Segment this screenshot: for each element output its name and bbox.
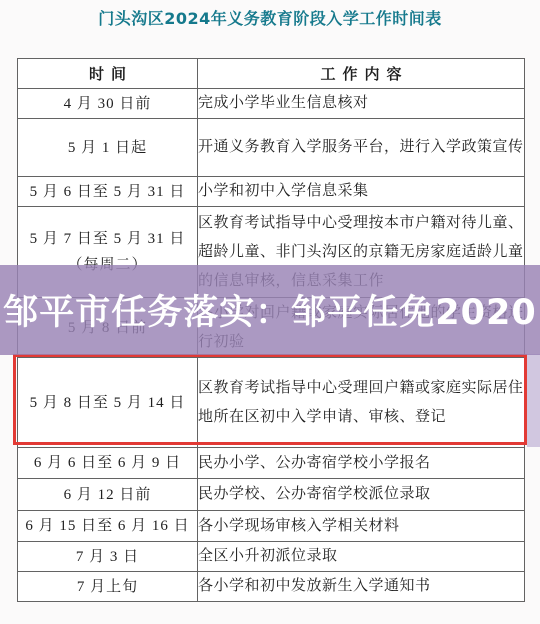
spam-overlay-banner: 邹平市任务落实：邹平任免2020: [0, 265, 540, 355]
content-cell: 各小学和初中发放新生入学通知书: [198, 572, 525, 602]
content-cell: 各小学现场审核入学相关材料: [198, 511, 525, 542]
time-cell: 5 月 6 日至 5 月 31 日: [18, 177, 198, 207]
content-cell: 开通义务教育入学服务平台，进行入学政策宣传: [198, 119, 525, 177]
table-row: 5 月 1 日起 开通义务教育入学服务平台，进行入学政策宣传: [18, 119, 525, 177]
time-cell: 7 月 3 日: [18, 542, 198, 572]
content-cell: 区教育考试指导中心受理回户籍或家庭实际居住地所在区初中入学申请、审核、登记: [198, 358, 525, 448]
time-cell: 5 月 8 日至 5 月 14 日: [18, 358, 198, 448]
time-cell: 6 月 12 日前: [18, 479, 198, 511]
content-cell: 全区小升初派位录取: [198, 542, 525, 572]
table-row-highlighted: 5 月 8 日至 5 月 14 日 区教育考试指导中心受理回户籍或家庭实际居住地…: [18, 358, 525, 448]
content-cell: 小学和初中入学信息采集: [198, 177, 525, 207]
content-cell: 民办学校、公办寄宿学校派位录取: [198, 479, 525, 511]
column-header-content: 工作内容: [198, 59, 525, 89]
time-cell: 5 月 1 日起: [18, 119, 198, 177]
time-cell: 7 月上旬: [18, 572, 198, 602]
table-row: 7 月上旬 各小学和初中发放新生入学通知书: [18, 572, 525, 602]
table-row: 4 月 30 日前 完成小学毕业生信息核对: [18, 89, 525, 119]
time-cell: 6 月 6 日至 6 月 9 日: [18, 448, 198, 479]
table-row: 6 月 15 日至 6 月 16 日 各小学现场审核入学相关材料: [18, 511, 525, 542]
table-row: 7 月 3 日 全区小升初派位录取: [18, 542, 525, 572]
table-row: 5 月 6 日至 5 月 31 日 小学和初中入学信息采集: [18, 177, 525, 207]
header-row: 时间 工作内容: [18, 59, 525, 89]
time-cell: 6 月 15 日至 6 月 16 日: [18, 511, 198, 542]
column-header-time: 时间: [18, 59, 198, 89]
overlay-watermark-text: 邹平市任务落实：邹平任免2020: [3, 285, 536, 335]
page-title: 门头沟区2024年义务教育阶段入学工作时间表: [0, 6, 540, 29]
purple-side-strip: [527, 354, 540, 447]
table-row: 6 月 6 日至 6 月 9 日 民办小学、公办寄宿学校小学报名: [18, 448, 525, 479]
time-cell: 4 月 30 日前: [18, 89, 198, 119]
table-row: 6 月 12 日前 民办学校、公办寄宿学校派位录取: [18, 479, 525, 511]
content-cell: 民办小学、公办寄宿学校小学报名: [198, 448, 525, 479]
content-cell: 完成小学毕业生信息核对: [198, 89, 525, 119]
